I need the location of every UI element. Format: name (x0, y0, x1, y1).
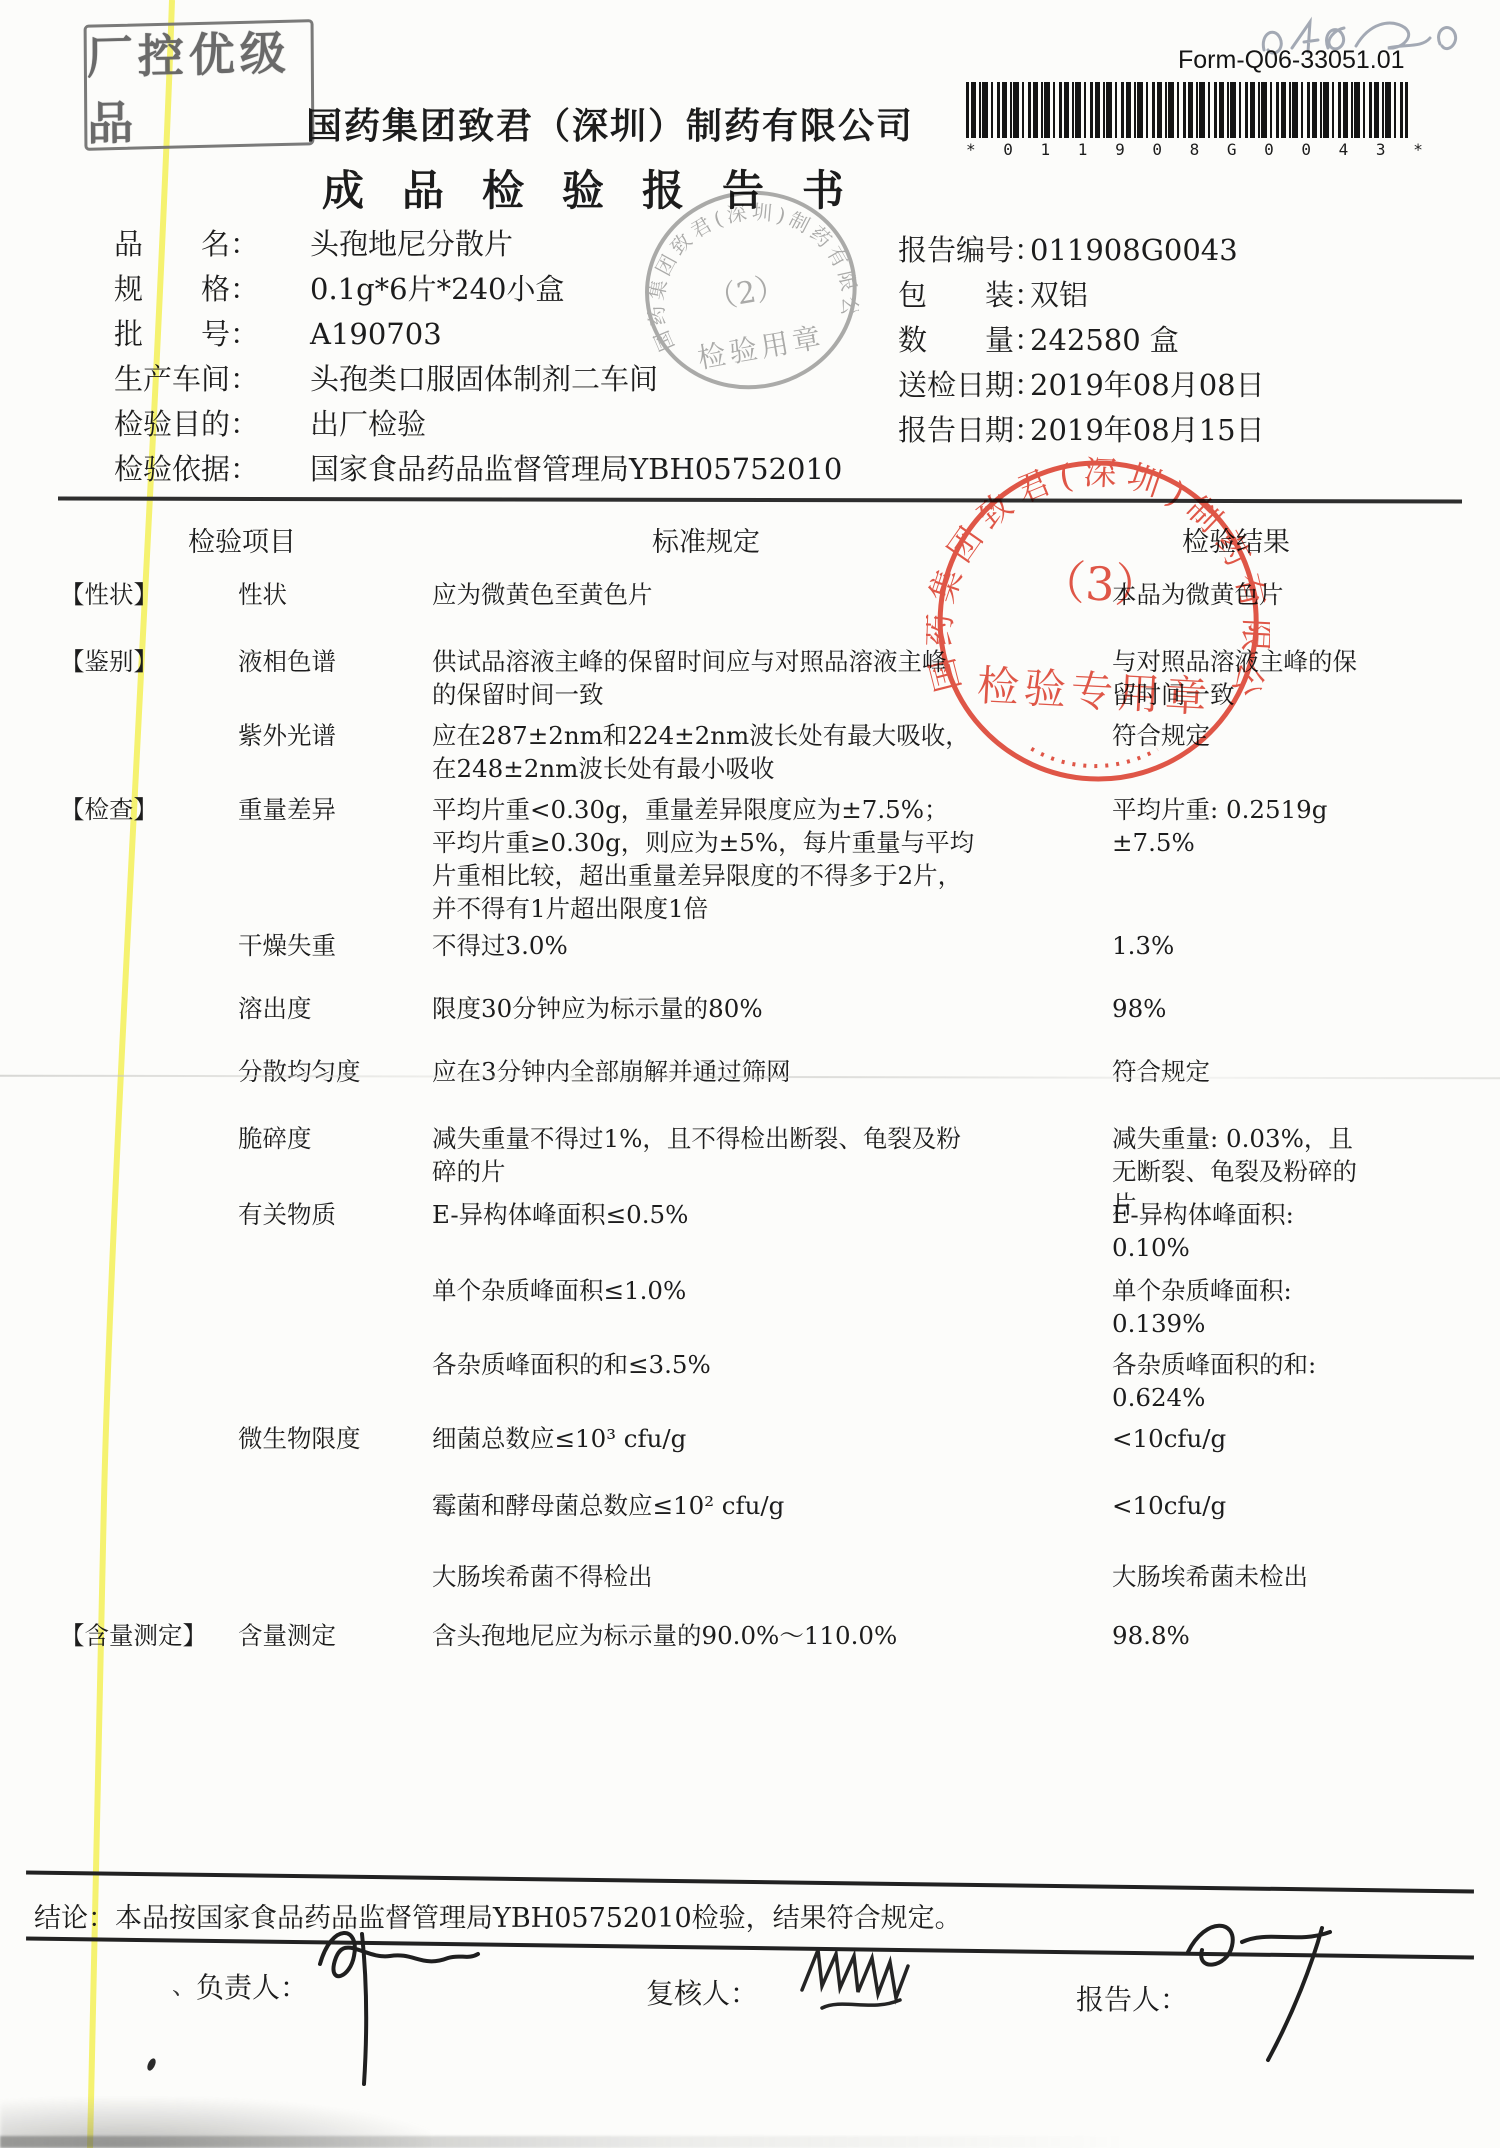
field-purpose: 检验目的：出厂检验 (114, 402, 842, 447)
cell-item: 紫外光谱 (238, 719, 432, 785)
signature-reporter (1172, 1908, 1367, 2068)
cell-item (238, 1489, 432, 1522)
test-table-rows: 【性状】性状应为微黄色至黄色片本品为微黄色片【鉴别】液相色谱供试品溶液主峰的保留… (0, 578, 1500, 1652)
cell-std: 含头孢地尼应为标示量的90.0%～110.0% (432, 1619, 1112, 1652)
conclusion-rule-top (26, 1871, 1474, 1894)
cell-cat (60, 929, 238, 962)
company-name: 国药集团致君（深圳）制药有限公司 (306, 98, 914, 149)
cell-cat: 【性状】 (60, 578, 238, 611)
cell-item: 分散均匀度 (238, 1055, 432, 1088)
field-value: 出厂检验 (310, 407, 426, 441)
table-row: 【含量测定】含量测定含头孢地尼应为标示量的90.0%～110.0%98.8% (60, 1619, 1466, 1652)
cell-cat (60, 1122, 238, 1188)
cell-cat (60, 1560, 238, 1593)
cell-std: 单个杂质峰面积≤1.0% (432, 1274, 1112, 1340)
field-value: 011908G0043 (1030, 233, 1238, 267)
table-row: 【检查】重量差异平均片重<0.30g，重量差异限度应为±7.5%； 平均片重≥0… (60, 793, 1466, 925)
cell-item: 溶出度 (238, 992, 432, 1025)
signature-reviewer (792, 1928, 942, 2024)
cell-cat (60, 1198, 238, 1264)
field-value: 2019年08月08日 (1030, 368, 1265, 402)
cell-item: 性状 (238, 578, 432, 611)
inspection-report-page: 厂控优级品 国药集团致君（深圳）制药有限公司 Form-Q06-33051.01… (0, 0, 1500, 2148)
cell-res: 平均片重: 0.2519g ±7.5% (1112, 793, 1466, 925)
cell-item: 重量差异 (238, 793, 432, 925)
cell-res: <10cfu/g (1112, 1489, 1466, 1522)
field-basis: 检验依据：国家食品药品监督管理局YBH05752010 (114, 447, 842, 492)
table-row: 微生物限度细菌总数应≤10³ cfu/g<10cfu/g (60, 1422, 1466, 1455)
column-header-standard: 标准规定 (652, 520, 760, 559)
cell-item: 脆碎度 (238, 1122, 432, 1188)
scan-edge-shadow (0, 2136, 1500, 2148)
cell-res: E-异构体峰面积: 0.10% (1112, 1198, 1466, 1264)
cell-cat: 【鉴别】 (60, 645, 238, 711)
cell-res: 98.8% (1112, 1619, 1466, 1652)
table-row: 干燥失重不得过3.0%1.3% (60, 929, 1466, 962)
table-row: 有关物质E-异构体峰面积≤0.5%E-异构体峰面积: 0.10% (60, 1198, 1466, 1264)
cell-res: 符合规定 (1112, 1055, 1466, 1088)
svg-text:检验专用章: 检验专用章 (976, 661, 1213, 722)
field-value: 头孢地尼分散片 (310, 227, 513, 261)
inspection-seal-red: 国药集团致君(深圳)制药有限公司 （3） 检验专用章 (926, 448, 1270, 804)
svg-text:检验用章: 检验用章 (695, 320, 827, 375)
pen-mark: 、 (172, 1966, 196, 2001)
cell-cat (60, 1274, 238, 1340)
table-row: 分散均匀度应在3分钟内全部崩解并通过筛网符合规定 (60, 1055, 1466, 1088)
cell-res: 大肠埃希菌未检出 (1112, 1560, 1466, 1593)
svg-text:（2）: （2） (704, 269, 788, 317)
cell-item: 液相色谱 (238, 645, 432, 711)
cell-std: E-异构体峰面积≤0.5% (432, 1198, 1112, 1264)
cell-std: 不得过3.0% (432, 929, 1112, 962)
table-row: 脆碎度减失重量不得过1%，且不得检出断裂、龟裂及粉 碎的片减失重量: 0.03%… (60, 1122, 1466, 1188)
cell-cat (60, 719, 238, 785)
cell-cat (60, 1348, 238, 1414)
field-packaging: 包 装：双铝 (898, 273, 1265, 318)
cell-res: 各杂质峰面积的和: 0.624% (1112, 1348, 1466, 1414)
field-quantity: 数 量：242580 盒 (898, 318, 1265, 363)
cell-cat (60, 1422, 238, 1455)
field-submit-date: 送检日期：2019年08月08日 (898, 363, 1265, 408)
cell-std: 大肠埃希菌不得检出 (432, 1560, 1112, 1593)
signature-label-reviewer: 复核人： (646, 1972, 758, 2012)
pen-dot (146, 2057, 157, 2072)
table-row: 霉菌和酵母菌总数应≤10² cfu/g<10cfu/g (60, 1489, 1466, 1522)
field-value: 0.1g*6片*240小盒 (310, 272, 565, 306)
field-value: 2019年08月15日 (1030, 413, 1265, 447)
cell-cat (60, 1055, 238, 1088)
form-number: Form-Q06-33051.01 (1178, 46, 1405, 75)
cell-cat: 【含量测定】 (60, 1619, 238, 1652)
cell-res: <10cfu/g (1112, 1422, 1466, 1455)
table-row: 溶出度限度30分钟应为标示量的80%98% (60, 992, 1466, 1025)
inspection-seal-gray: 国药集团致君(深圳)制药有限公司 （2） 检验用章 (634, 188, 868, 404)
cell-item: 微生物限度 (238, 1422, 432, 1455)
cell-std: 各杂质峰面积的和≤3.5% (432, 1348, 1112, 1414)
factory-grade-stamp: 厂控优级品 (84, 19, 315, 151)
column-header-item: 检验项目 (188, 520, 296, 559)
cell-cat (60, 1489, 238, 1522)
cell-cat: 【检查】 (60, 793, 238, 925)
cell-item (238, 1560, 432, 1593)
cell-res: 1.3% (1112, 929, 1466, 962)
table-row: 大肠埃希菌不得检出大肠埃希菌未检出 (60, 1560, 1466, 1593)
cell-std: 减失重量不得过1%，且不得检出断裂、龟裂及粉 碎的片 (432, 1122, 1112, 1188)
field-value: 头孢类口服固体制剂二车间 (310, 362, 658, 396)
field-value: A190703 (310, 317, 442, 351)
cell-item: 有关物质 (238, 1198, 432, 1264)
signature-label-responsible: 负责人： (196, 1966, 308, 2006)
info-right-column: 报告编号：011908G0043 包 装：双铝 数 量：242580 盒 送检日… (898, 228, 1265, 453)
cell-res: 单个杂质峰面积: 0.139% (1112, 1274, 1466, 1340)
field-value: 242580 盒 (1030, 323, 1179, 357)
cell-item (238, 1348, 432, 1414)
field-value: 双铝 (1030, 278, 1088, 312)
cell-item (238, 1274, 432, 1340)
field-value: 国家食品药品监督管理局YBH05752010 (310, 452, 842, 486)
barcode-text: * 0 1 1 9 0 8 G 0 0 4 3 * (966, 140, 1408, 159)
signature-responsible (302, 1912, 517, 2092)
cell-std: 细菌总数应≤10³ cfu/g (432, 1422, 1112, 1455)
cell-cat (60, 992, 238, 1025)
cell-item: 含量测定 (238, 1619, 432, 1652)
cell-res: 减失重量: 0.03%，且 无断裂、龟裂及粉碎的 片 (1112, 1122, 1466, 1188)
cell-std: 应在3分钟内全部崩解并通过筛网 (432, 1055, 1112, 1088)
field-report-date: 报告日期：2019年08月15日 (898, 408, 1265, 453)
barcode (966, 82, 1408, 138)
table-row: 单个杂质峰面积≤1.0%单个杂质峰面积: 0.139% (60, 1274, 1466, 1340)
cell-std: 平均片重<0.30g，重量差异限度应为±7.5%； 平均片重≥0.30g，则应为… (432, 793, 1112, 925)
cell-item: 干燥失重 (238, 929, 432, 962)
cell-res: 98% (1112, 992, 1466, 1025)
conclusion-label: 结论： (34, 1903, 115, 1934)
table-row: 各杂质峰面积的和≤3.5%各杂质峰面积的和: 0.624% (60, 1348, 1466, 1414)
svg-text:（3）: （3） (1038, 554, 1162, 614)
cell-std: 霉菌和酵母菌总数应≤10² cfu/g (432, 1489, 1112, 1522)
cell-std: 限度30分钟应为标示量的80% (432, 992, 1112, 1025)
field-report-no: 报告编号：011908G0043 (898, 228, 1265, 273)
